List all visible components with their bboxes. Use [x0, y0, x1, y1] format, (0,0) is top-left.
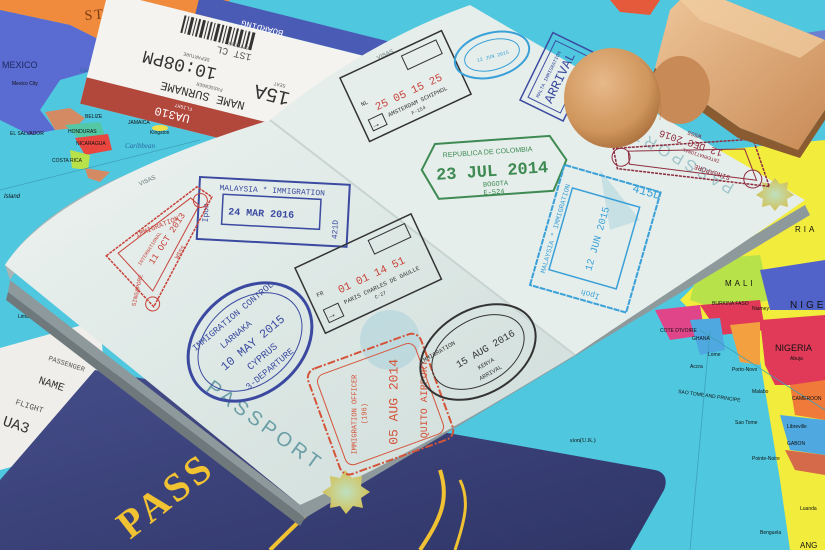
svg-text:IMMIGRATION OFFICER: IMMIGRATION OFFICER: [351, 374, 359, 455]
svg-text:NICARAGUA: NICARAGUA: [76, 141, 106, 147]
svg-text:COTE D'IVOIRE: COTE D'IVOIRE: [660, 328, 697, 334]
svg-text:Accra: Accra: [690, 364, 703, 370]
svg-text:RIA: RIA: [795, 225, 817, 234]
svg-text:Caribbean: Caribbean: [125, 142, 155, 150]
svg-text:Porto-Novo: Porto-Novo: [732, 367, 758, 373]
svg-text:COSTA RICA: COSTA RICA: [52, 158, 83, 164]
svg-text:NIGERIA: NIGERIA: [775, 343, 812, 353]
svg-text:(196): (196): [362, 403, 370, 424]
svg-text:Libreville: Libreville: [787, 424, 807, 430]
svg-text:MALI: MALI: [725, 279, 756, 288]
svg-text:E-524: E-524: [483, 188, 505, 197]
svg-text:Luanda: Luanda: [800, 506, 817, 512]
svg-text:QUITO AIRPORT: QUITO AIRPORT: [420, 360, 431, 438]
svg-text:HONDURAS: HONDURAS: [68, 129, 97, 135]
svg-text:sion(U.K.): sion(U.K.): [570, 437, 596, 444]
svg-text:BELIZE: BELIZE: [85, 114, 103, 120]
svg-text:CAMEROON: CAMEROON: [792, 396, 822, 402]
svg-text:EL SALVADOR: EL SALVADOR: [10, 131, 44, 137]
svg-text:BURKINA FASO: BURKINA FASO: [712, 301, 749, 307]
svg-text:GABON: GABON: [787, 441, 805, 447]
svg-text:JAMAICA: JAMAICA: [128, 120, 150, 126]
svg-text:MEXICO: MEXICO: [2, 60, 38, 70]
svg-text:Mexico City: Mexico City: [12, 81, 38, 87]
svg-text:Kingston: Kingston: [150, 130, 170, 136]
svg-text:Niamey: Niamey: [752, 306, 769, 312]
svg-text:Malabo: Malabo: [752, 389, 769, 395]
svg-text:Abuja: Abuja: [790, 356, 803, 362]
svg-text:Sao Tome: Sao Tome: [735, 420, 758, 426]
svg-text:421D: 421D: [331, 220, 341, 240]
travel-photo-scene: STATES MEXICO Gulf of Mexico Mexico City…: [0, 0, 825, 550]
svg-text:NIGER: NIGER: [790, 300, 825, 311]
svg-text:Island: Island: [4, 194, 21, 200]
svg-text:ANG: ANG: [800, 541, 817, 550]
svg-text:Benguela: Benguela: [760, 530, 781, 536]
svg-text:Lome: Lome: [708, 352, 721, 358]
svg-text:05 AUG 2014: 05 AUG 2014: [386, 359, 401, 445]
svg-text:Pointe-Noire: Pointe-Noire: [752, 456, 780, 462]
svg-text:GHANA: GHANA: [692, 336, 710, 342]
stamp-handle-knob: [564, 48, 660, 148]
